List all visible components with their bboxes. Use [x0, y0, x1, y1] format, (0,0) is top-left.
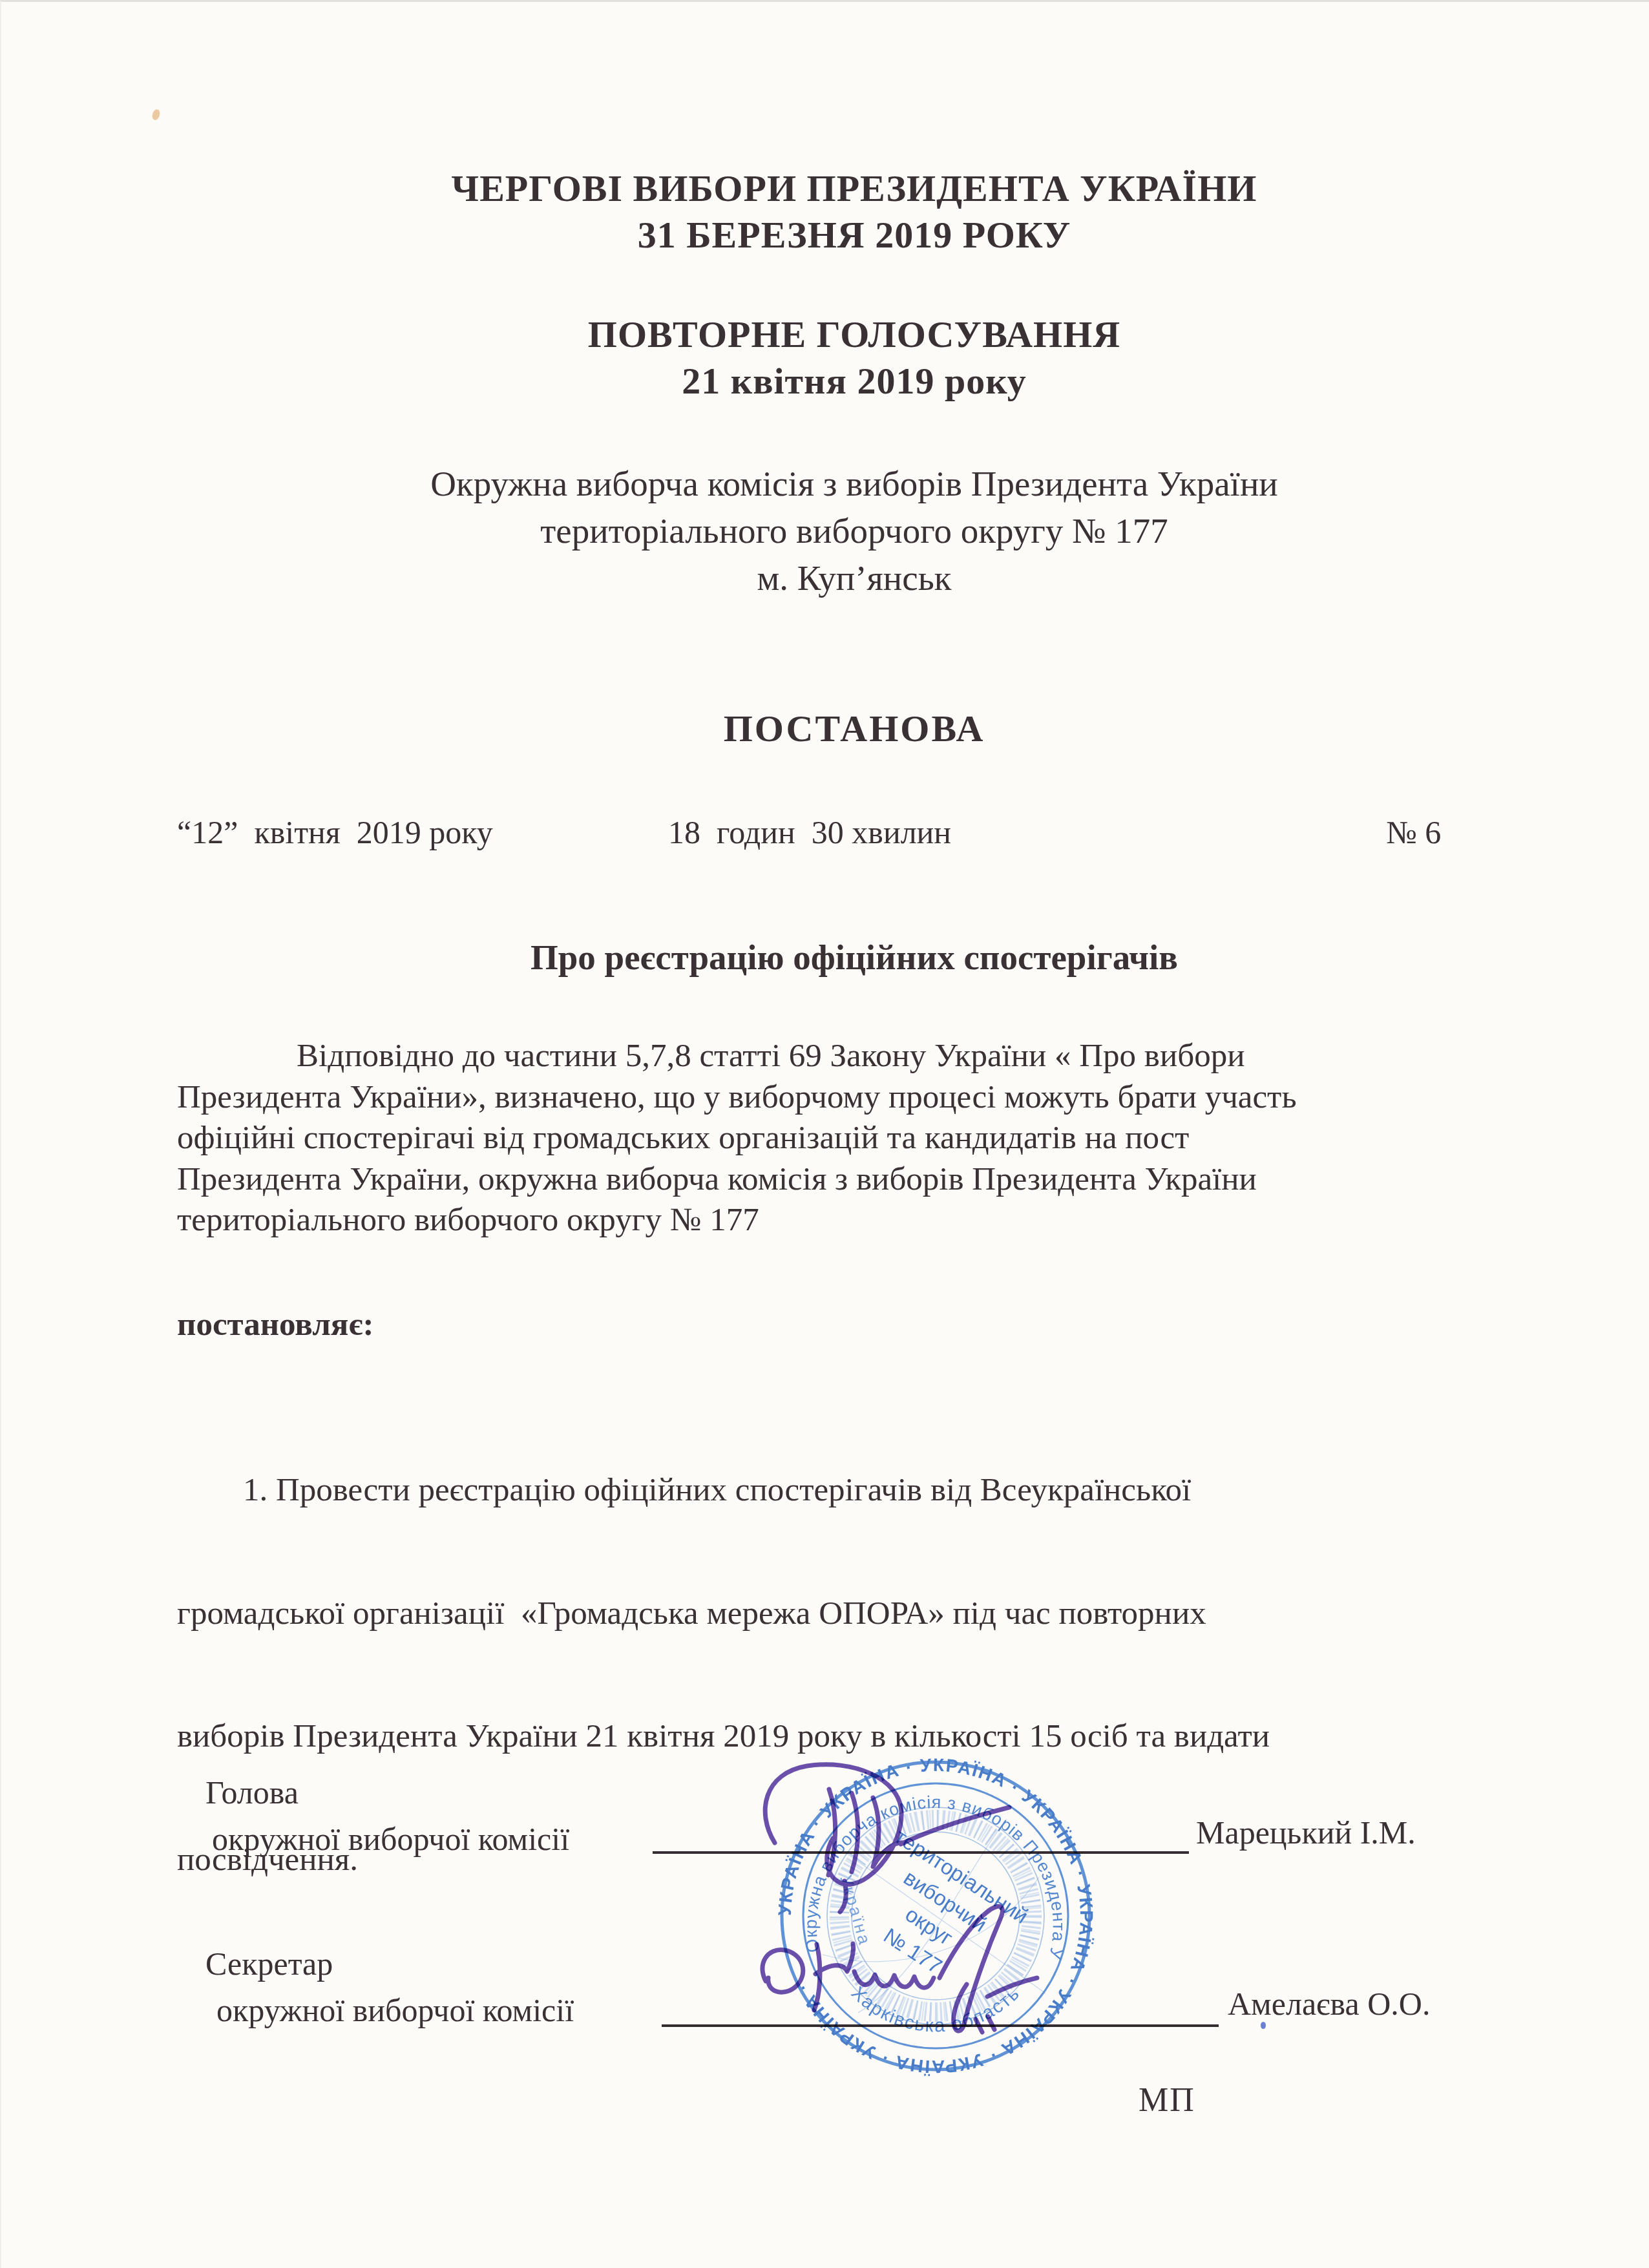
chairman-role: Голова окружної виборчої комісії: [205, 1769, 569, 1862]
revote-title-block: ПОВТОРНЕ ГОЛОСУВАННЯ 21 квітня 2019 року: [224, 311, 1485, 404]
revote-title-line2: 21 квітня 2019 року: [224, 358, 1485, 404]
paragraph-line: Відповідно до частини 5,7,8 статті 69 За…: [177, 1036, 1495, 1077]
secretary-role-line2: окружної виборчої комісії: [205, 1987, 574, 2033]
election-title-line2: 31 БЕРЕЗНЯ 2019 РОКУ: [224, 212, 1485, 258]
commission-city: м. Куп’янськ: [224, 554, 1485, 602]
paragraph-line: офіційні спостерігачі від громадських ор…: [177, 1118, 1495, 1159]
revote-title-line1: ПОВТОРНЕ ГОЛОСУВАННЯ: [224, 311, 1485, 358]
doc-title: ПОСТАНОВА: [224, 707, 1485, 750]
paragraph-line: територіального виборчого округу № 177: [177, 1200, 1495, 1241]
chairman-role-line1: Голова: [205, 1769, 569, 1816]
doc-time: 18 годин 30 хвилин: [668, 814, 951, 851]
seal-place-abbr: МП: [1139, 2081, 1195, 2119]
scan-speck: [151, 109, 162, 121]
signatures-overlay: [615, 1740, 1106, 2089]
doc-date: “12” квітня 2019 року: [177, 814, 493, 851]
item1-line: громадської організації «Громадська мере…: [177, 1593, 1495, 1635]
document-page: ЧЕРГОВІ ВИБОРИ ПРЕЗИДЕНТА УКРАЇНИ 31 БЕР…: [0, 0, 1649, 2268]
commission-line1: Окружна виборча комісія з виборів Презид…: [224, 460, 1485, 507]
paragraph-line: Президента України», визначено, що у виб…: [177, 1077, 1495, 1118]
chairman-name: Марецький І.М.: [1196, 1814, 1416, 1851]
chairman-signature: [765, 1765, 1009, 1912]
subject-heading: Про реєстрацію офіційних спостерігачів: [224, 937, 1485, 978]
secretary-role-line1: Секретар: [205, 1940, 574, 1987]
item1-line: 1. Провести реєстрацію офіційних спостер…: [177, 1470, 1495, 1511]
election-title-block: ЧЕРГОВІ ВИБОРИ ПРЕЗИДЕНТА УКРАЇНИ 31 БЕР…: [224, 165, 1485, 258]
secretary-signature: [762, 1906, 1037, 2032]
ink-dot: [1261, 2022, 1266, 2029]
paragraph-line: Президента України, окружна виборча комі…: [177, 1159, 1495, 1201]
secretary-role: Секретар окружної виборчої комісії: [205, 1940, 574, 2033]
election-title-line1: ЧЕРГОВІ ВИБОРИ ПРЕЗИДЕНТА УКРАЇНИ: [224, 165, 1485, 212]
doc-number: № 6: [1386, 814, 1441, 851]
secretary-name: Амелаєва О.О.: [1228, 1985, 1430, 2022]
body-paragraph: Відповідно до частини 5,7,8 статті 69 За…: [177, 1036, 1495, 1241]
chairman-role-line2: окружної виборчої комісії: [205, 1816, 569, 1862]
commission-line2: територіального виборчого округу № 177: [224, 507, 1485, 554]
resolves-label: постановляє:: [177, 1305, 1495, 1346]
commission-name-block: Окружна виборча комісія з виборів Презид…: [224, 460, 1485, 602]
